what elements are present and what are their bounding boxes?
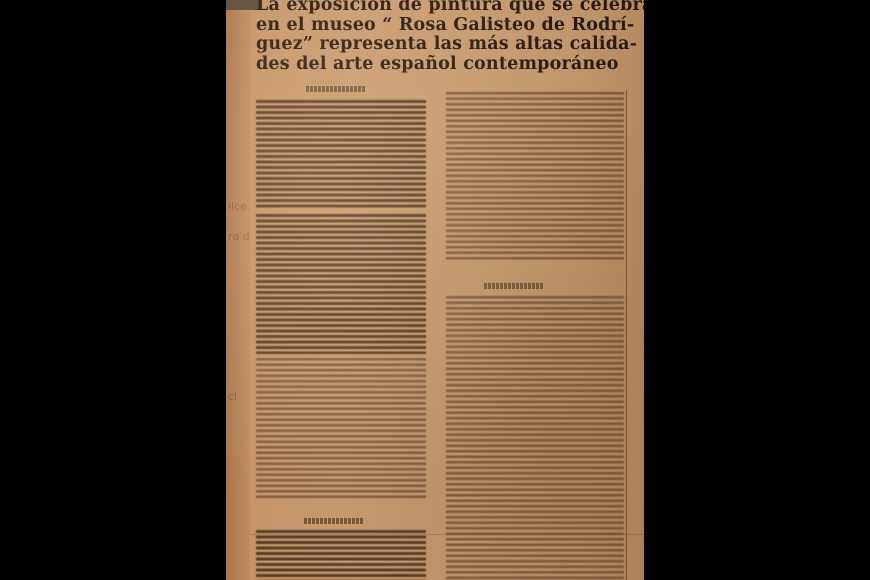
article-text-block	[256, 530, 426, 580]
faded-margin-text: cl	[228, 390, 237, 403]
section-subheading	[484, 283, 544, 289]
headline-line: La exposición de pintura que se celebra	[256, 0, 640, 16]
fold-crease	[250, 534, 644, 535]
article-headline: La exposición de pintura que se celebra …	[256, 0, 640, 74]
newspaper-clipping: · · · ilce ra d cl La exposición de pint…	[226, 0, 644, 580]
faded-margin-text: · · ·	[230, 40, 247, 53]
headline-line: des del arte español contemporáneo	[256, 55, 640, 75]
faded-margin-text: ra d	[228, 230, 250, 243]
article-text-block	[446, 92, 624, 262]
faded-margin-text: ilce	[228, 200, 247, 213]
column-rule	[626, 90, 627, 580]
page-margin	[226, 0, 250, 580]
section-subheading	[304, 518, 364, 524]
article-text-block	[256, 214, 426, 354]
headline-line: en el museo “ Rosa Galisteo de Rodrí-	[256, 16, 640, 36]
section-subheading	[306, 86, 366, 92]
article-text-block	[256, 358, 426, 498]
headline-line: guez” representa las más altas calida-	[256, 35, 640, 55]
article-text-block	[256, 100, 426, 210]
article-text-block	[446, 296, 624, 580]
